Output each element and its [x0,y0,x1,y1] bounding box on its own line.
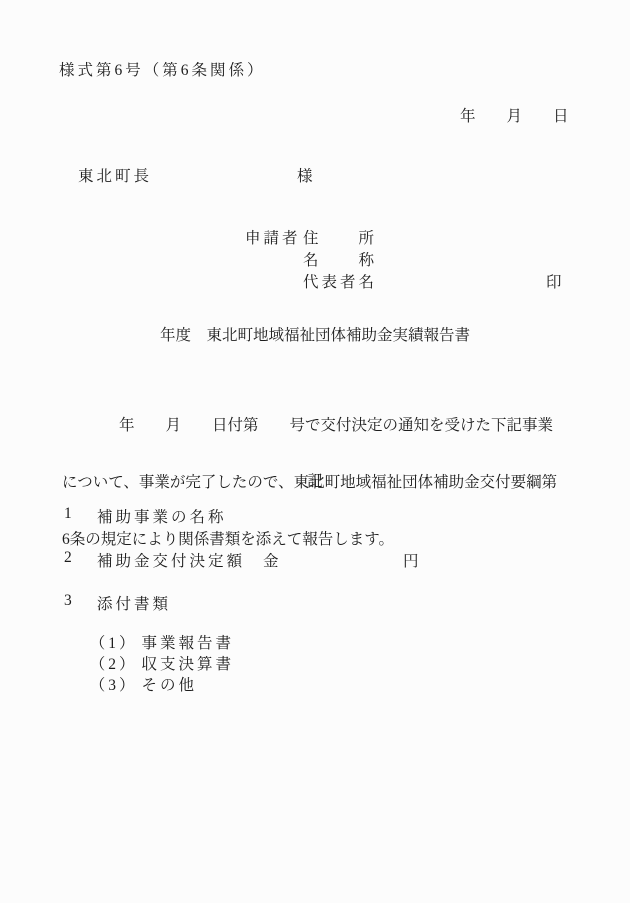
item-3-number: 3 [64,592,72,610]
form-number: 様式第6号（第6条関係） [59,58,266,80]
applicant-label: 申請者 [245,226,301,248]
item-2-amount-suffix: 円 [403,549,419,571]
attachment-row: （3）その他 [82,655,197,695]
applicant-address-label: 住 所 [303,226,377,248]
document-page: { "document": { "form_number": "様式第6号（第6… [0,0,630,903]
item-2-label: 補助金交付決定額 [97,549,245,571]
addressee-honorific: 様 [297,164,313,186]
item-1-number: 1 [64,505,72,523]
item-2-amount-prefix: 金 [263,549,279,571]
seal-label: 印 [546,270,562,292]
body-line: 年 月 日付第 号で交付決定の通知を受けた下記事業 [62,415,574,436]
document-title: 年度 東北町地域福祉団体補助金実績報告書 [0,323,630,345]
item-2-number: 2 [64,549,72,567]
attachment-3-label: その他 [142,677,198,694]
applicant-representative-label: 代表者名 [303,270,377,292]
addressee-name: 東北町長 [78,164,152,186]
date-line: 年 月 日 [460,104,569,126]
applicant-name-label: 名 称 [303,248,377,270]
item-1-label: 補助事業の名称 [97,505,227,527]
record-heading: 記 [0,469,630,491]
item-3-label: 添付書類 [97,592,171,614]
body-line: 6条の規定により関係書類を添えて報告します。 [62,529,574,550]
attachment-3-prefix: （3） [90,677,138,694]
